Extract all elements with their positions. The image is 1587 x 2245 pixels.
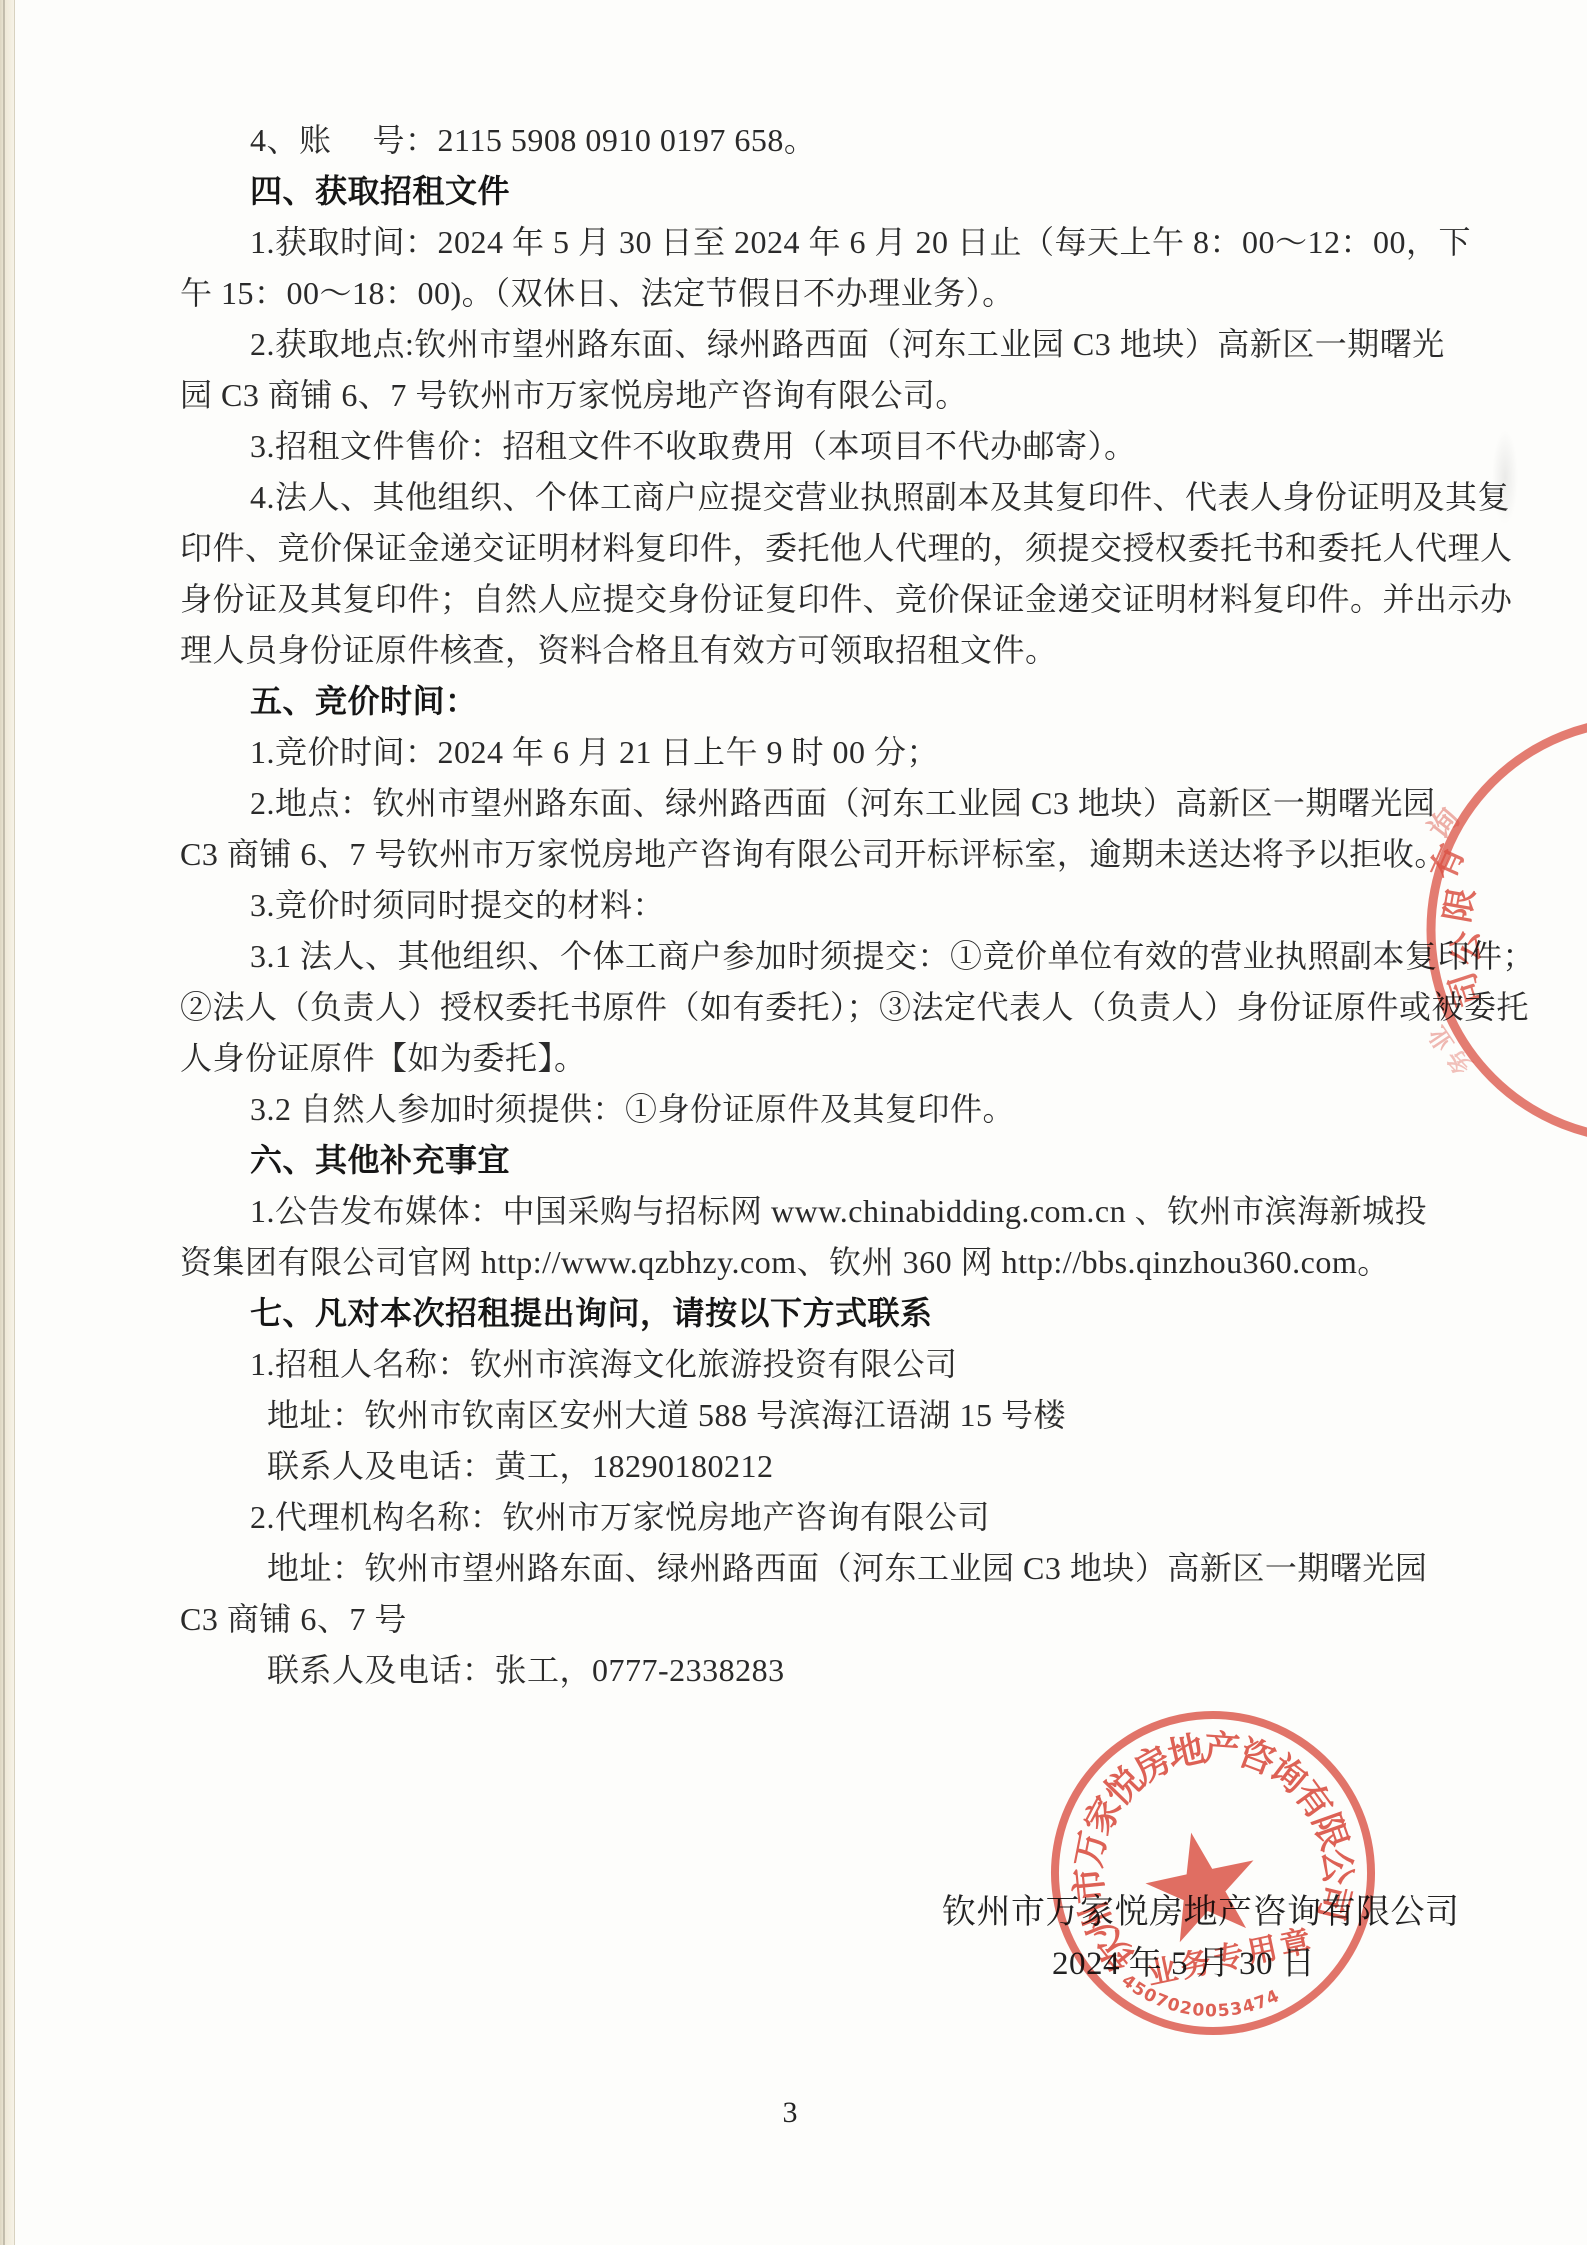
- document-line: 人身份证原件【如为委托】。: [0, 1033, 1587, 1084]
- document-line: 理人员身份证原件核查，资料合格且有效方可领取招租文件。: [0, 625, 1587, 676]
- document-line: 3.竞价时须同时提交的材料：: [0, 880, 1587, 931]
- document-line: 印件、竞价保证金递交证明材料复印件，委托他人代理的，须提交授权委托书和委托人代理…: [0, 523, 1587, 574]
- document-line: 4、账 号：2115 5908 0910 0197 658。: [0, 115, 1587, 166]
- document-line: 2.获取地点:钦州市望州路东面、绿州路西面（河东工业园 C3 地块）高新区一期曙…: [0, 319, 1587, 370]
- document-line: 身份证及其复印件；自然人应提交身份证复印件、竞价保证金递交证明材料复印件。并出示…: [0, 574, 1587, 625]
- document-line: 联系人及电话：黄工，18290180212: [0, 1441, 1587, 1492]
- document-line: 地址：钦州市望州路东面、绿州路西面（河东工业园 C3 地块）高新区一期曙光园: [0, 1543, 1587, 1594]
- document-body: 4、账 号：2115 5908 0910 0197 658。四、获取招租文件1.…: [0, 115, 1587, 1696]
- document-line: 四、获取招租文件: [0, 166, 1587, 217]
- document-line: 3.1 法人、其他组织、个体工商户参加时须提交：①竞价单位有效的营业执照副本复印…: [0, 931, 1587, 982]
- document-line: C3 商铺 6、7 号: [0, 1594, 1587, 1645]
- document-line: 午 15：00～18：00)。（双休日、法定节假日不办理业务）。: [0, 268, 1587, 319]
- document-line: 1.竞价时间：2024 年 6 月 21 日上午 9 时 00 分；: [0, 727, 1587, 778]
- document-line: 联系人及电话：张工，0777-2338283: [0, 1645, 1587, 1696]
- signature-date: 2024 年 5 月 30 日: [1052, 1937, 1315, 1984]
- seal-ring: [1033, 1693, 1393, 2053]
- page-number: 3: [770, 2096, 810, 2130]
- signature-company: 钦州市万家悦房地产咨询有限公司: [942, 1884, 1460, 1933]
- company-seal-stamp: 钦州市万家悦房地产咨询有限公司 业务专用章 4507020053474: [1033, 1693, 1393, 2053]
- document-line: 1.获取时间：2024 年 5 月 30 日至 2024 年 6 月 20 日止…: [0, 217, 1587, 268]
- document-line: 2.地点：钦州市望州路东面、绿州路西面（河东工业园 C3 地块）高新区一期曙光园: [0, 778, 1587, 829]
- document-line: 资集团有限公司官网 http://www.qzbhzy.com、钦州 360 网…: [0, 1237, 1587, 1288]
- document-line: 4.法人、其他组织、个体工商户应提交营业执照副本及其复印件、代表人身份证明及其复: [0, 472, 1587, 523]
- document-line: 园 C3 商铺 6、7 号钦州市万家悦房地产咨询有限公司。: [0, 370, 1587, 421]
- document-line: 六、其他补充事宜: [0, 1135, 1587, 1186]
- document-line: 1.招租人名称：钦州市滨海文化旅游投资有限公司: [0, 1339, 1587, 1390]
- document-line: ②法人（负责人）授权委托书原件（如有委托）；③法定代表人（负责人）身份证原件或被…: [0, 982, 1587, 1033]
- document-line: 地址：钦州市钦南区安州大道 588 号滨海江语湖 15 号楼: [0, 1390, 1587, 1441]
- document-line: 1.公告发布媒体：中国采购与招标网 www.chinabidding.com.c…: [0, 1186, 1587, 1237]
- document-line: 七、凡对本次招租提出询问，请按以下方式联系: [0, 1288, 1587, 1339]
- document-line: 2.代理机构名称：钦州市万家悦房地产咨询有限公司: [0, 1492, 1587, 1543]
- document-line: 3.招租文件售价：招租文件不收取费用（本项目不代办邮寄）。: [0, 421, 1587, 472]
- scanned-document-page: 4、账 号：2115 5908 0910 0197 658。四、获取招租文件1.…: [0, 0, 1587, 2245]
- document-line: 3.2 自然人参加时须提供：①身份证原件及其复印件。: [0, 1084, 1587, 1135]
- document-line: 五、竞价时间：: [0, 676, 1587, 727]
- document-line: C3 商铺 6、7 号钦州市万家悦房地产咨询有限公司开标评标室，逾期未送达将予以…: [0, 829, 1587, 880]
